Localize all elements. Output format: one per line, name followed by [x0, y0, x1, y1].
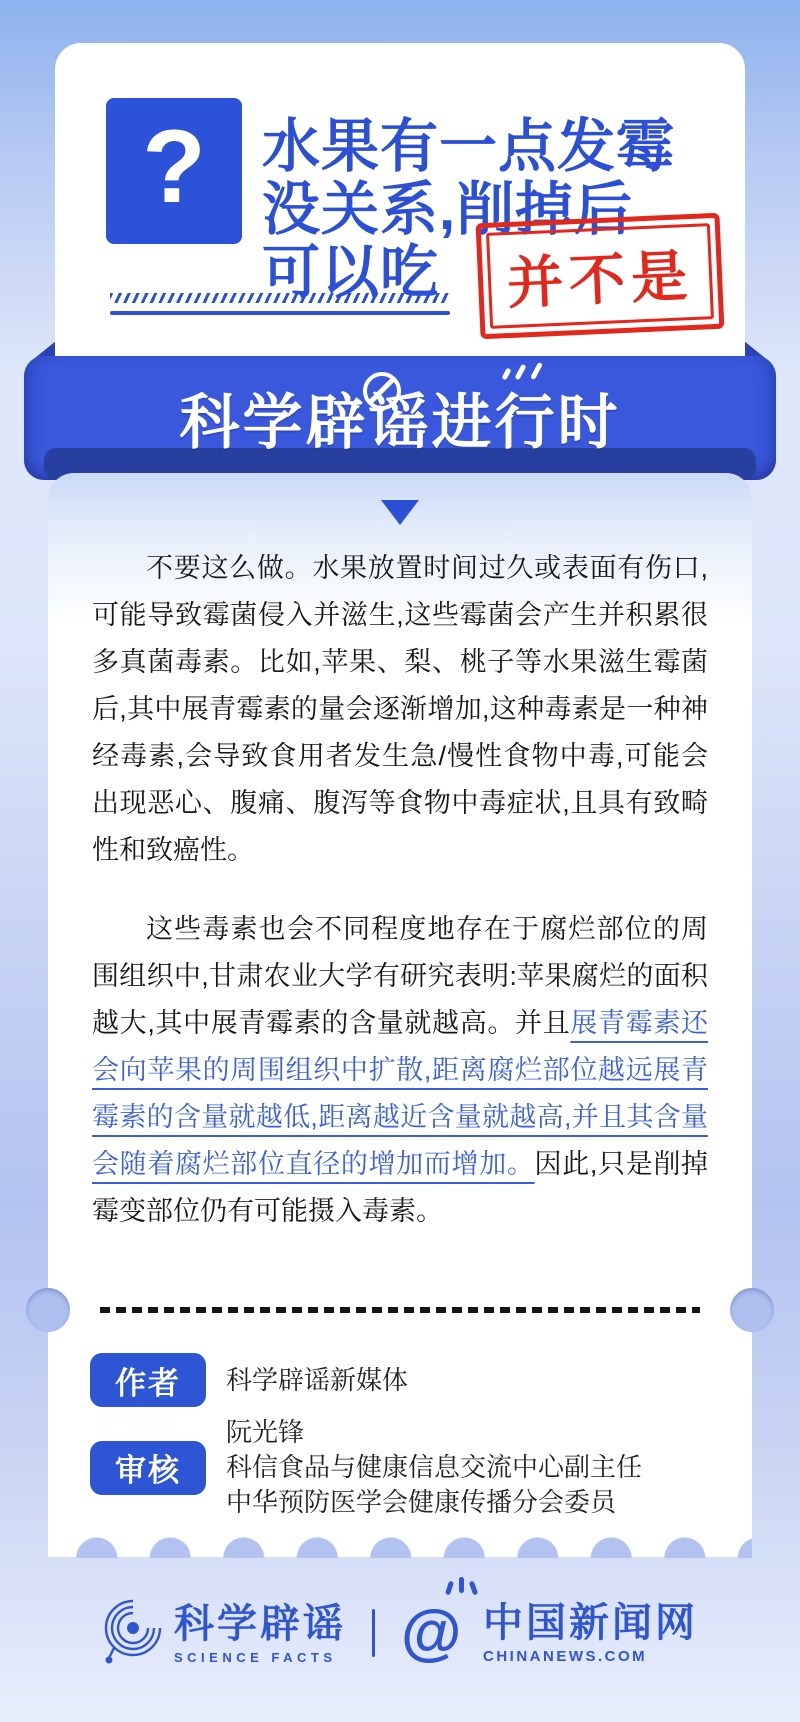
science-facts-logo: 科学辟谣 SCIENCE FACTS [102, 1596, 346, 1670]
chinanews-logo: @ 中国新闻网 CHINANEWS.COM [401, 1597, 698, 1669]
at-icon: @ [401, 1597, 473, 1669]
verdict-stamp: 并不是 [476, 213, 725, 340]
speed-lines-icon [500, 362, 560, 386]
stamp-text: 并不是 [505, 232, 694, 320]
reviewer-title-2: 中华预防医学会健康传播分会委员 [226, 1485, 642, 1520]
author-value: 科学辟谣新媒体 [226, 1363, 408, 1398]
prohibition-icon [363, 372, 401, 410]
ticket-notch-right [730, 1288, 774, 1332]
footer: 科学辟谣 SCIENCE FACTS @ 中国新闻网 CHINANEWS.COM [0, 1596, 800, 1670]
reviewer-value: 阮光锋 科信食品与健康信息交流中心副主任 中华预防医学会健康传播分会委员 [226, 1415, 642, 1520]
reviewer-row: 审核 阮光锋 科信食品与健康信息交流中心副主任 中华预防医学会健康传播分会委员 [90, 1415, 642, 1520]
reviewer-name: 阮光锋 [226, 1415, 642, 1450]
chinanews-logo-name: 中国新闻网 [483, 1601, 698, 1645]
science-facts-logo-sub: SCIENCE FACTS [174, 1650, 346, 1665]
science-facts-logo-name: 科学辟谣 [174, 1602, 346, 1646]
article-paragraph-1: 不要这么做。水果放置时间过久或表面有伤口,可能导致霉菌侵入并滋生,这些霉菌会产生… [92, 545, 708, 874]
footer-divider [372, 1609, 375, 1657]
underline-rule-decoration [110, 311, 450, 315]
ticket-scalloped-edge [48, 1535, 752, 1558]
reviewer-title-1: 科信食品与健康信息交流中心副主任 [226, 1450, 642, 1485]
reviewer-label-badge: 审核 [90, 1441, 206, 1495]
myth-card: ? 水果有一点发霉 没关系,削掉后 可以吃 并不是 [55, 43, 745, 365]
science-facts-logo-icon [102, 1596, 164, 1670]
article-paragraph-2: 这些毒素也会不同程度地存在于腐烂部位的周围组织中,甘肃农业大学有研究表明:苹果腐… [92, 906, 708, 1235]
question-mark-icon: ? [106, 98, 242, 244]
hatch-stripes-decoration [110, 293, 450, 303]
myth-title-line-1: 水果有一点发霉 [262, 115, 732, 178]
author-label-badge: 作者 [90, 1353, 206, 1407]
author-row: 作者 科学辟谣新媒体 [90, 1353, 408, 1407]
article-card: 不要这么做。水果放置时间过久或表面有伤口,可能导致霉菌侵入并滋生,这些霉菌会产生… [48, 473, 752, 1557]
dashed-divider [100, 1307, 700, 1313]
article-body: 不要这么做。水果放置时间过久或表面有伤口,可能导致霉菌侵入并滋生,这些霉菌会产生… [92, 545, 708, 1235]
chinanews-logo-sub: CHINANEWS.COM [483, 1648, 698, 1665]
question-mark-glyph: ? [142, 115, 206, 219]
arrow-down-icon [381, 500, 419, 525]
banner-title: 科学辟谣进行时 [0, 390, 800, 456]
ticket-notch-left [26, 1288, 70, 1332]
